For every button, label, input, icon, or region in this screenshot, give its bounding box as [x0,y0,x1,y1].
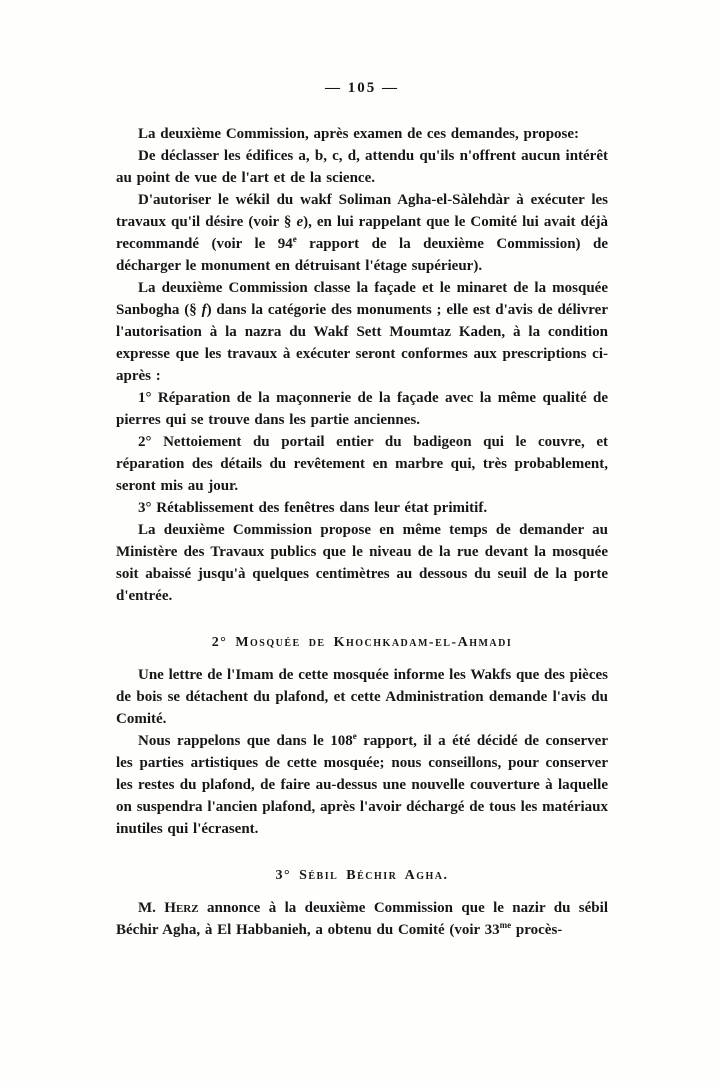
paragraph: Une lettre de l'Imam de cette mosquée in… [116,664,608,730]
page-body: La deuxième Commission, après examen de … [116,123,608,941]
page-number: — 105 — [116,80,608,97]
paragraph: D'autoriser le wékil du wakf Soliman Agh… [116,189,608,277]
body-text: 3° Sébil Béchir Agha. [275,868,448,883]
body-text: 2° Nettoiement du portail entier du badi… [116,434,608,494]
body-text: procès- [511,922,562,938]
body-text: 2° Mosquée de Khochkadam-el-Ahmadi [212,635,513,650]
paragraph: 2° Nettoiement du portail entier du badi… [116,431,608,497]
paragraph: La deuxième Commission, après examen de … [116,123,608,145]
paragraph: De déclasser les édifices a, b, c, d, at… [116,145,608,189]
superscript-text: me [500,920,512,930]
body-text: La deuxième Commission, après examen de … [138,126,579,142]
body-text: Une lettre de l'Imam de cette mosquée in… [116,667,608,727]
smallcaps-text: Herz [164,900,198,916]
body-text: La deuxième Commission propose en même t… [116,522,608,604]
paragraph: 1° Réparation de la maçonnerie de la faç… [116,387,608,431]
body-text: 1° Réparation de la maçonnerie de la faç… [116,390,608,428]
section-heading: 3° Sébil Béchir Agha. [116,867,608,885]
text-column: — 105 — La deuxième Commission, après ex… [116,80,608,941]
paragraph: La deuxième Commission classe la façade … [116,277,608,387]
paragraph: La deuxième Commission propose en même t… [116,519,608,607]
body-text: 3° Rétablissement des fenêtres dans leur… [138,500,487,516]
body-text: M. [138,900,164,916]
body-text: Nous rappelons que dans le 108 [138,733,353,749]
paragraph: 3° Rétablissement des fenêtres dans leur… [116,497,608,519]
paragraph: M. Herz annonce à la deuxième Commission… [116,897,608,941]
scanned-document-page: — 105 — La deuxième Commission, après ex… [0,0,720,1082]
body-text: De déclasser les édifices a, b, c, d, at… [116,148,608,186]
section-heading: 2° Mosquée de Khochkadam-el-Ahmadi [116,634,608,652]
paragraph: Nous rappelons que dans le 108e rapport,… [116,730,608,840]
